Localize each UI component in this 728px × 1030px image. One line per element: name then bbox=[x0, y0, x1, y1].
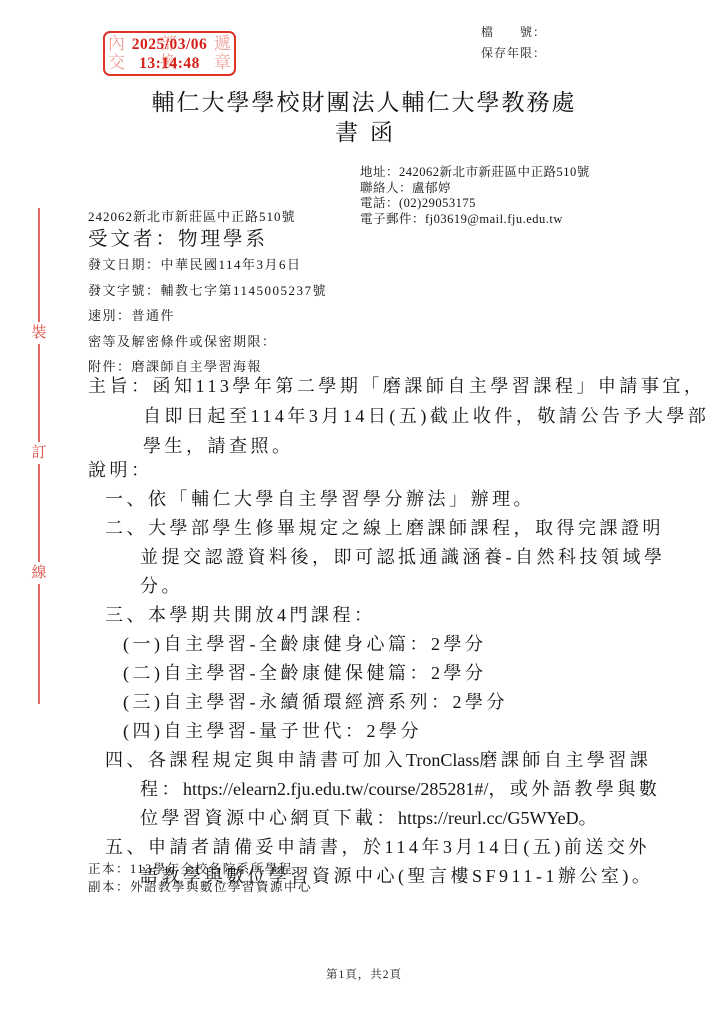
binding-char-zhuang: 裝 bbox=[30, 322, 48, 344]
explanation-label: 說明： bbox=[88, 456, 666, 485]
contact-block: 地址：242062新北市新莊區中正路510號 聯絡人：盧郁婷 電話：(02)29… bbox=[360, 165, 590, 227]
stamp-time: 13:14:48 bbox=[105, 54, 234, 73]
doc-number-field: 發文字號：輔教七字第1145005237號 bbox=[88, 278, 327, 304]
item-number: 一、 bbox=[105, 489, 148, 509]
stamp-date: 2025/03/06 bbox=[105, 35, 234, 54]
course-url: https://elearn2.fju.edu.tw/course/285281… bbox=[183, 779, 488, 799]
course-item-4: (四)自主學習-量子世代：2學分 bbox=[88, 717, 666, 746]
retention-period-label: 保存年限： bbox=[481, 43, 546, 64]
explanation-item-4: 四、各課程規定與申請書可加入TronClass磨課師自主學習課程：https:/… bbox=[88, 746, 666, 833]
binding-char-xian: 線 bbox=[30, 562, 48, 584]
item-number: 五、 bbox=[105, 837, 148, 857]
item-text: 大學部學生修畢規定之線上磨課師課程，取得完課證明並提交認證資料後，即可認抵通識涵… bbox=[140, 518, 666, 596]
item-number: 四、 bbox=[105, 750, 148, 770]
contact-address: 地址：242062新北市新莊區中正路510號 bbox=[360, 165, 590, 181]
contact-email: 電子郵件：fj03619@mail.fju.edu.tw bbox=[360, 212, 590, 228]
contact-phone: 電話：(02)29053175 bbox=[360, 196, 590, 212]
binding-char-ding: 訂 bbox=[30, 442, 48, 464]
item-text: 。 bbox=[579, 808, 601, 828]
download-url: https://reurl.cc/G5WYeD bbox=[398, 808, 579, 828]
organization-title: 輔仁大學學校財團法人輔仁大學教務處 bbox=[0, 84, 728, 117]
course-item-2: (二)自主學習-全齡康健保健篇：2學分 bbox=[88, 659, 666, 688]
explanation-section: 說明： 一、依「輔仁大學自主學習學分辦法」辦理。 二、大學部學生修畢規定之線上磨… bbox=[88, 456, 666, 891]
explanation-item-1: 一、依「輔仁大學自主學習學分辦法」辦理。 bbox=[88, 485, 666, 514]
page-number: 第1頁，共2頁 bbox=[0, 966, 728, 982]
issue-date-field: 發文日期：中華民國114年3月6日 bbox=[88, 252, 327, 278]
item-number: 三、 bbox=[105, 605, 148, 625]
explanation-item-3: 三、本學期共開放4門課程： bbox=[88, 601, 666, 630]
item-text: 依「輔仁大學自主學習學分辦法」辦理。 bbox=[148, 489, 535, 509]
course-item-1: (一)自主學習-全齡康健身心篇：2學分 bbox=[88, 630, 666, 659]
received-date-stamp: 內 交 部 換 遞 章 2025/03/06 13:14:48 bbox=[103, 31, 236, 76]
item-text: 各課程規定與申請書可加入 bbox=[148, 750, 406, 770]
speed-class-field: 速別：普通件 bbox=[88, 303, 327, 329]
document-meta-fields: 發文日期：中華民國114年3月6日 發文字號：輔教七字第1145005237號 … bbox=[88, 252, 327, 380]
subject-paragraph: 主旨：函知113學年第二學期「磨課師自主學習課程」申請事宜，自即日起至114年3… bbox=[88, 371, 721, 461]
document-page: 檔 號： 保存年限： 內 交 部 換 遞 章 2025/03/06 13:14:… bbox=[0, 0, 728, 1030]
document-type-title: 書函 bbox=[0, 114, 728, 147]
security-class-field: 密等及解密條件或保密期限： bbox=[88, 329, 327, 355]
item-text: 本學期共開放4門課程： bbox=[148, 605, 376, 625]
file-number-label: 檔 號： bbox=[481, 22, 546, 43]
contact-person: 聯絡人：盧郁婷 bbox=[360, 181, 590, 197]
original-recipient-line: 正本：113學年全校各院系所學程 bbox=[88, 861, 312, 879]
course-item-3: (三)自主學習-永續循環經濟系列：2學分 bbox=[88, 688, 666, 717]
cc-block: 正本：113學年全校各院系所學程 副本：外語教學與數位學習資源中心 bbox=[88, 861, 312, 896]
recipient-line: 受文者：物理學系 bbox=[88, 223, 268, 251]
copy-recipient-line: 副本：外語教學與數位學習資源中心 bbox=[88, 879, 312, 897]
item-number: 二、 bbox=[105, 518, 148, 538]
explanation-item-2: 二、大學部學生修畢規定之線上磨課師課程，取得完課證明並提交認證資料後，即可認抵通… bbox=[88, 514, 666, 601]
platform-name: TronClass bbox=[406, 750, 479, 770]
file-number-block: 檔 號： 保存年限： bbox=[481, 22, 546, 64]
